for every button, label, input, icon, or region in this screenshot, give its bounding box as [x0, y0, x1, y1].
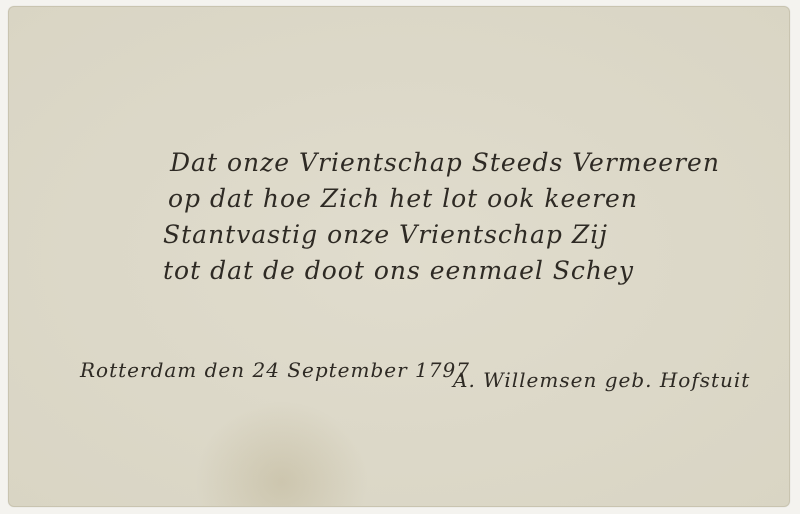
verse-line-2: op dat hoe Zich het lot ook keeren: [168, 184, 638, 213]
verse-line-1: Dat onze Vrientschap Steeds Vermeeren: [170, 148, 720, 177]
verse-line-3: Stantvastig onze Vrientschap Zij: [163, 220, 608, 249]
place-and-date: Rotterdam den 24 September 1797: [80, 358, 470, 382]
signature: A. Willemsen geb. Hofstuit: [453, 368, 750, 392]
paper-card: Dat onze Vrientschap Steeds Vermeeren op…: [8, 6, 790, 507]
verse-line-4: tot dat de doot ons eenmael Schey: [163, 256, 634, 285]
